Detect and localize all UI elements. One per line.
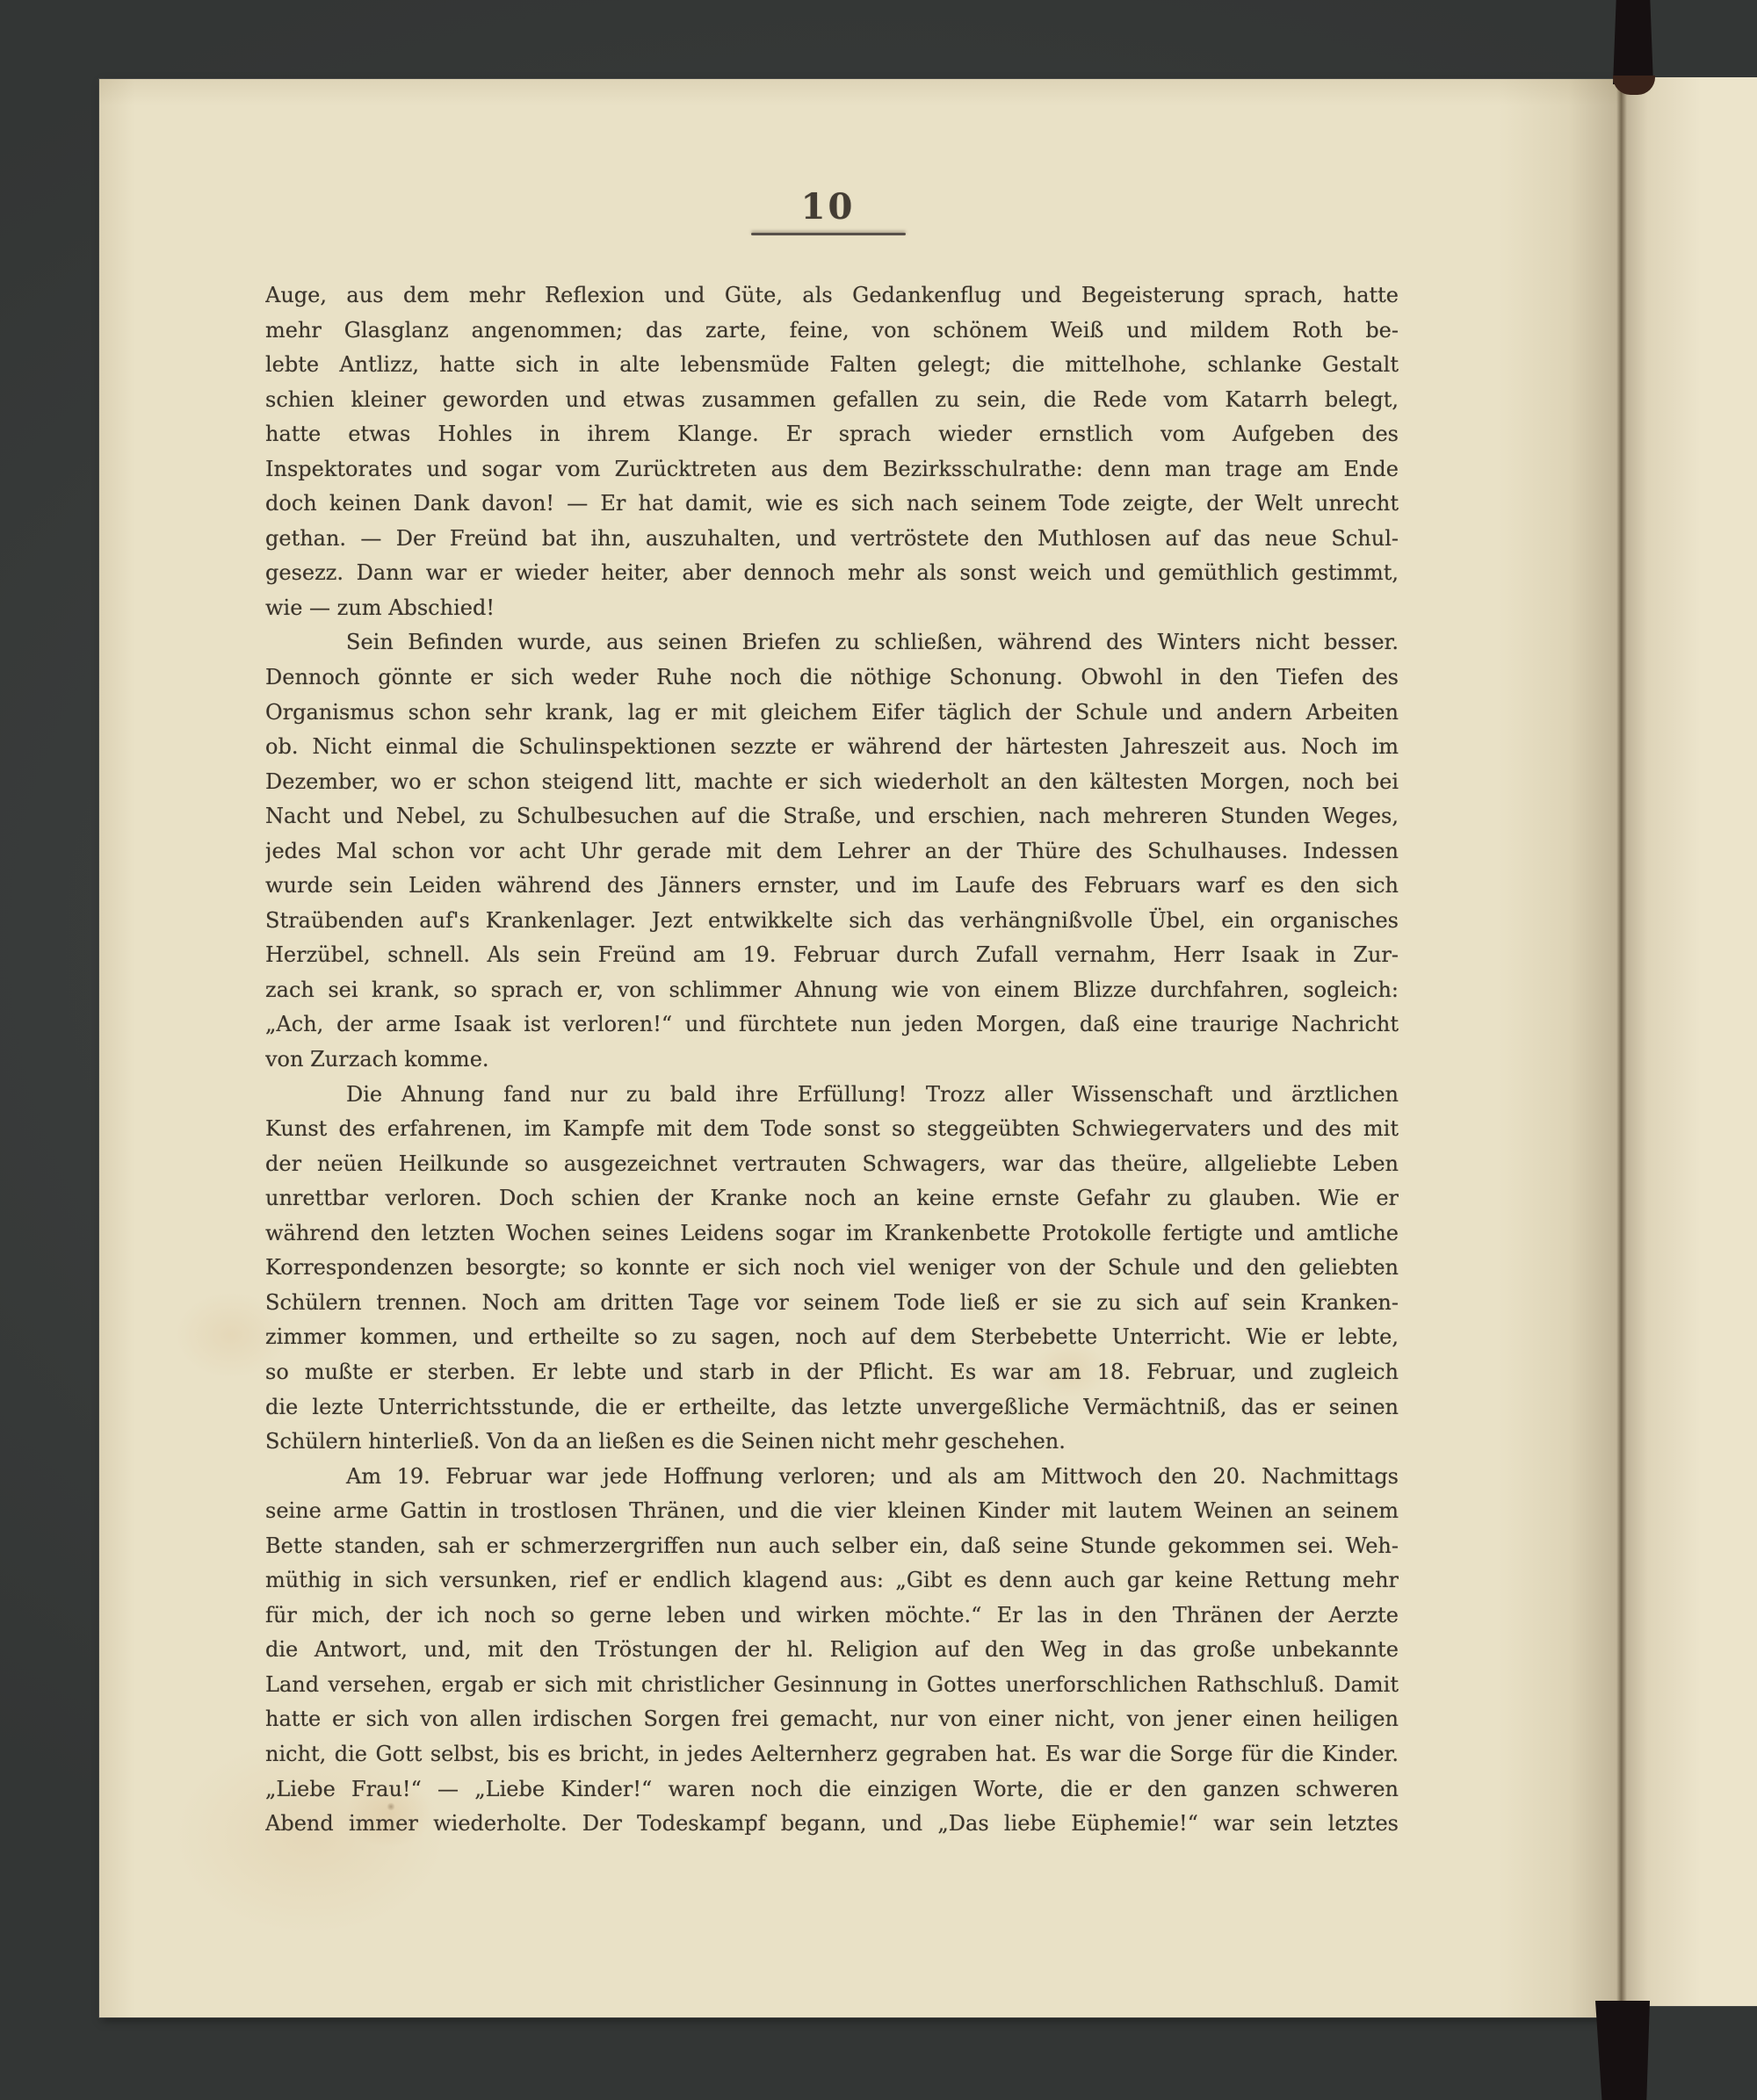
text-line: „Ach, der arme Isaak ist verloren!“ und … [265,1007,1399,1043]
text-line: müthig in sich versunken, rief er endlic… [265,1563,1399,1598]
text-line: unrettbar verloren. Doch schien der Kran… [265,1181,1399,1216]
text-line: für mich, der ich noch so gerne leben un… [265,1598,1399,1634]
text-line: zimmer kommen, und ertheilte so zu sagen… [265,1320,1399,1355]
text-line: doch keinen Dank davon! — Er hat damit, … [265,487,1399,522]
text-line: Dezember, wo er schon steigend litt, mac… [265,765,1399,800]
text-line: während den letzten Wochen seines Leiden… [265,1216,1399,1252]
text-line: Nacht und Nebel, zu Schulbesuchen auf di… [265,799,1399,834]
text-line: schien kleiner geworden und etwas zusamm… [265,383,1399,418]
page-number-rule [751,233,906,235]
text-line: Inspektorates und sogar vom Zurücktreten… [265,452,1399,487]
text-line: Korrespondenzen besorgte; so konnte er s… [265,1251,1399,1286]
text-line: Kunst des erfahrenen, im Kampfe mit dem … [265,1112,1399,1147]
text-line: seine arme Gattin in trostlosen Thränen,… [265,1494,1399,1529]
text-line: wie — zum Abschied! [265,591,1399,626]
text-line: Dennoch gönnte er sich weder Ruhe noch d… [265,660,1399,696]
text-line: Am 19. Februar war jede Hoffnung verlore… [265,1460,1399,1495]
text-line: mehr Glasglanz angenommen; das zarte, fe… [265,314,1399,349]
text-line: hatte etwas Hohles in ihrem Klange. Er s… [265,417,1399,452]
text-line: Auge, aus dem mehr Reflexion und Güte, a… [265,278,1399,314]
text-line: so mußte er sterben. Er lebte und starb … [265,1355,1399,1390]
text-line: Schülern hinterließ. Von da an ließen es… [265,1425,1399,1460]
text-line: Die Ahnung fand nur zu bald ihre Erfüllu… [265,1078,1399,1113]
text-line: „Liebe Frau!“ — „Liebe Kinder!“ waren no… [265,1772,1399,1808]
text-line: Schülern trennen. Noch am dritten Tage v… [265,1286,1399,1321]
text-line: von Zurzach komme. [265,1043,1399,1078]
text-line: Bette standen, sah er schmerzergriffen n… [265,1529,1399,1564]
text-line: lebte Antlizz, hatte sich in alte lebens… [265,348,1399,383]
text-line: nicht, die Gott selbst, bis es bricht, i… [265,1737,1399,1772]
text-line: jedes Mal schon vor acht Uhr gerade mit … [265,834,1399,870]
text-line: Land versehen, ergab er sich mit christl… [265,1668,1399,1703]
text-line: Abend immer wiederholte. Der Todeskampf … [265,1807,1399,1842]
text-line: hatte er sich von allen irdischen Sorgen… [265,1702,1399,1737]
page-number: 10 [703,186,953,227]
text-line: zach sei krank, so sprach er, von schlim… [265,973,1399,1008]
text-line: Sein Befinden wurde, aus seinen Briefen … [265,625,1399,660]
text-line: Herzübel, schnell. Als sein Freünd am 19… [265,938,1399,973]
text-line: Straübenden auf's Krankenlager. Jezt ent… [265,904,1399,939]
text-line: der neüen Heilkunde so ausgezeichnet ver… [265,1147,1399,1182]
text-line: ob. Nicht einmal die Schulinspektionen s… [265,730,1399,765]
text-line: Organismus schon sehr krank, lag er mit … [265,696,1399,731]
bookmark-ribbon-top [1613,0,1653,84]
page-gutter [1616,77,1627,2010]
text-line: die Antwort, und, mit den Tröstungen der… [265,1633,1399,1668]
book-scan-scene: 10 Auge, aus dem mehr Reflexion und Güte… [0,0,1757,2100]
text-line: wurde sein Leiden während des Jänners er… [265,869,1399,904]
text-line: gesezz. Dann war er wieder heiter, aber … [265,556,1399,591]
page-header: 10 [703,186,953,235]
text-line: die lezte Unterrichtsstunde, die er erth… [265,1390,1399,1425]
facing-page-edge [1622,77,1757,2006]
text-line: gethan. — Der Freünd bat ihn, auszuhalte… [265,522,1399,557]
body-text: Auge, aus dem mehr Reflexion und Güte, a… [265,278,1399,1842]
bookmark-ribbon-bottom [1595,2001,1650,2100]
